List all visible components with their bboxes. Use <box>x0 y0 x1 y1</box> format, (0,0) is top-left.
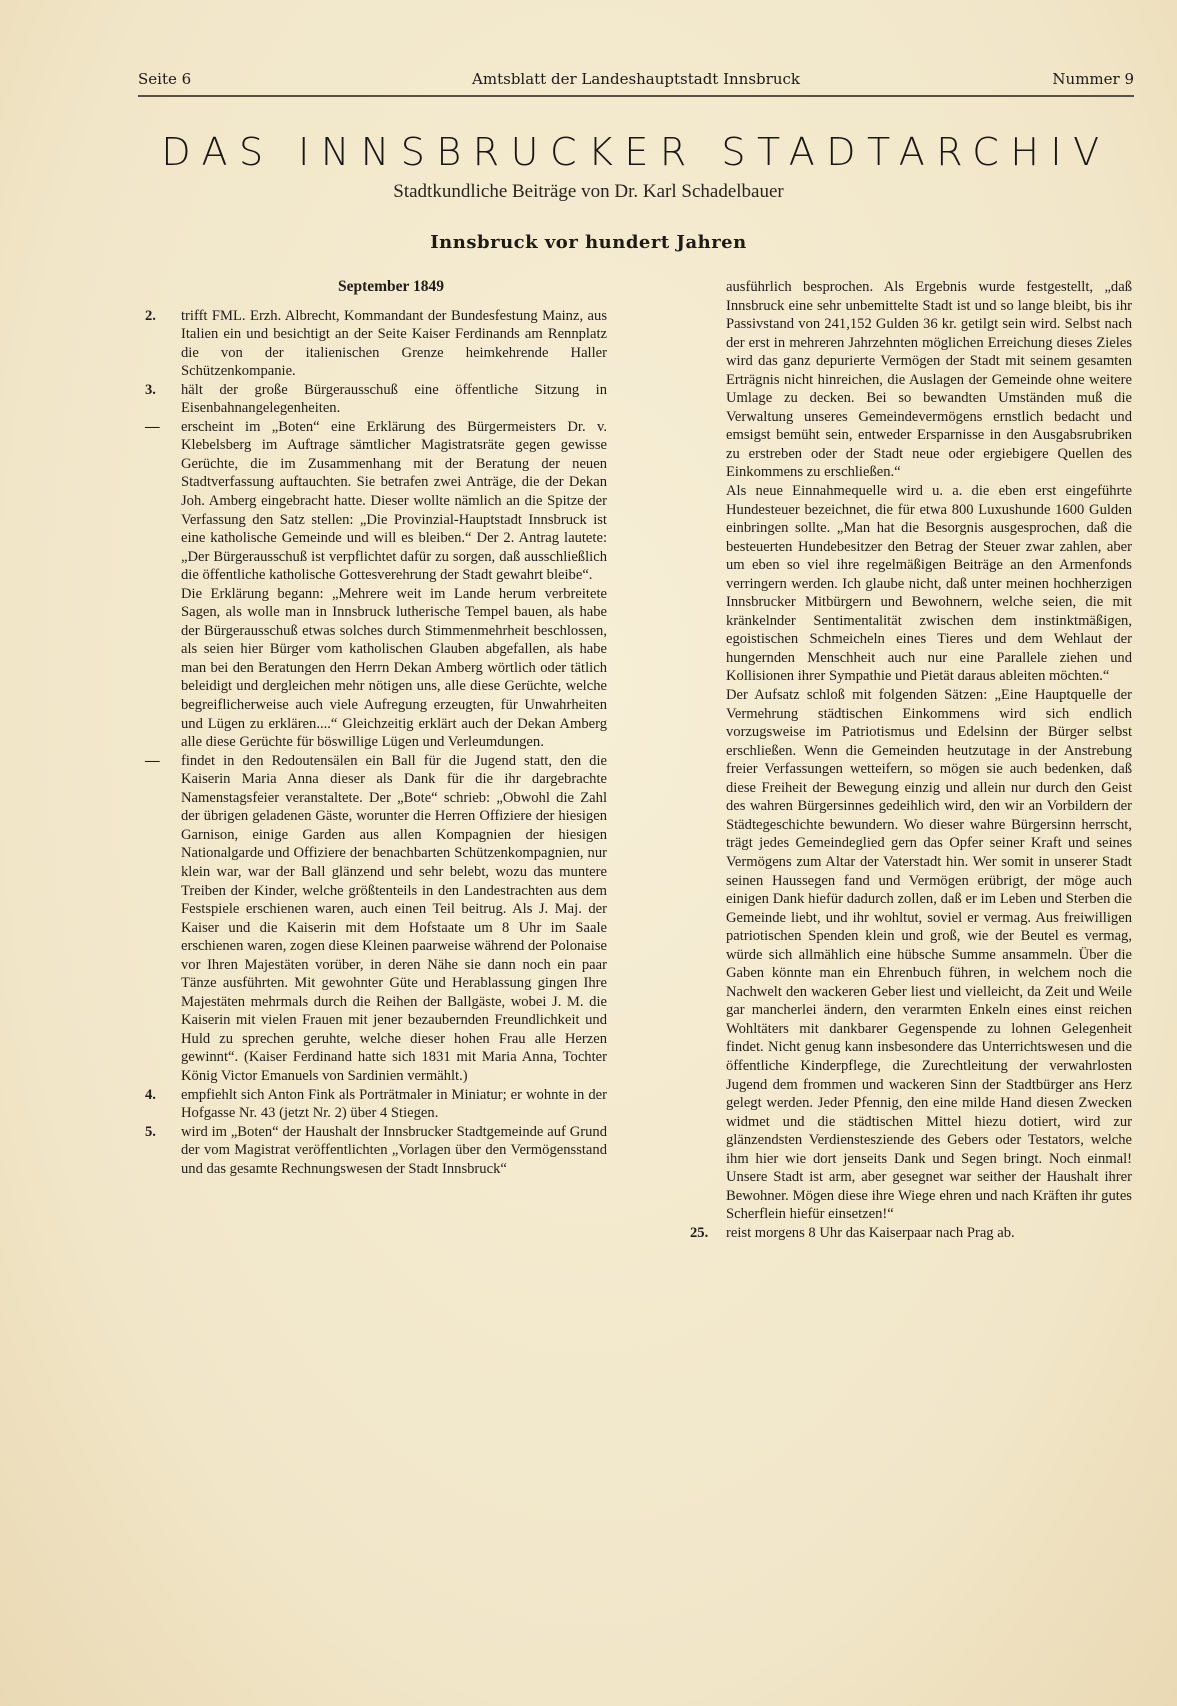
entry-text: ausführlich besprochen. Als Ergebnis wur… <box>726 278 1132 482</box>
entry-text: reist morgens 8 Uhr das Kaiserpaar nach … <box>726 1224 1132 1243</box>
left-column: September 1849 2. trifft FML. Erzh. Albr… <box>145 278 607 1178</box>
header-rule <box>138 95 1134 97</box>
newspaper-page: Seite 6 Amtsblatt der Landeshauptstadt I… <box>0 0 1177 1706</box>
entry-text: empfiehlt sich Anton Fink als Porträtmal… <box>181 1086 607 1123</box>
entry-text: Der Aufsatz schloß mit folgenden Sätzen:… <box>726 686 1132 1224</box>
right-column: ausführlich besprochen. Als Ergebnis wur… <box>690 278 1132 1242</box>
issue-number: Nummer 9 <box>1052 70 1134 88</box>
page-number: Seite 6 <box>138 70 191 88</box>
entry: 3. hält der große Bürgerausschuß eine öf… <box>145 381 607 418</box>
section-heading: Innsbruck vor hundert Jahren <box>0 232 1177 253</box>
entry-date: — <box>145 418 175 437</box>
entry: 5. wird im „Boten“ der Haushalt der Inns… <box>145 1123 607 1179</box>
entry-text: wird im „Boten“ der Haushalt der Innsbru… <box>181 1123 607 1179</box>
month-heading: September 1849 <box>145 278 607 297</box>
page-title: DAS INNSBRUCKER STADTARCHIV <box>138 130 1134 174</box>
entry-text: erscheint im „Boten“ eine Erklärung des … <box>181 418 607 585</box>
entry-date: 25. <box>690 1224 720 1243</box>
running-head: Seite 6 Amtsblatt der Landeshauptstadt I… <box>138 70 1134 92</box>
entry: 4. empfiehlt sich Anton Fink als Porträt… <box>145 1086 607 1123</box>
entry: — erscheint im „Boten“ eine Erklärung de… <box>145 418 607 752</box>
entry-date: 4. <box>145 1086 175 1105</box>
entry-text: Die Erklärung begann: „Mehrere weit im L… <box>181 585 607 752</box>
entry: 25. reist morgens 8 Uhr das Kaiserpaar n… <box>690 1224 1132 1243</box>
publication-name: Amtsblatt der Landeshauptstadt Innsbruck <box>472 70 800 88</box>
entry-date: 3. <box>145 381 175 400</box>
entry-text: hält der große Bürgerausschuß eine öffen… <box>181 381 607 418</box>
entry-text: Als neue Einnahmequelle wird u. a. die e… <box>726 482 1132 686</box>
entry: — findet in den Redoutensälen ein Ball f… <box>145 752 607 1086</box>
entry-date: 2. <box>145 307 175 326</box>
entry-continuation: ausführlich besprochen. Als Ergebnis wur… <box>690 278 1132 1224</box>
entry: 2. trifft FML. Erzh. Albrecht, Kommandan… <box>145 307 607 381</box>
entry-text: findet in den Redoutensälen ein Ball für… <box>181 752 607 1086</box>
entry-date: — <box>145 752 175 771</box>
entry-date: 5. <box>145 1123 175 1142</box>
page-subtitle: Stadtkundliche Beiträge von Dr. Karl Sch… <box>0 181 1177 203</box>
entry-text: trifft FML. Erzh. Albrecht, Kommandant d… <box>181 307 607 381</box>
